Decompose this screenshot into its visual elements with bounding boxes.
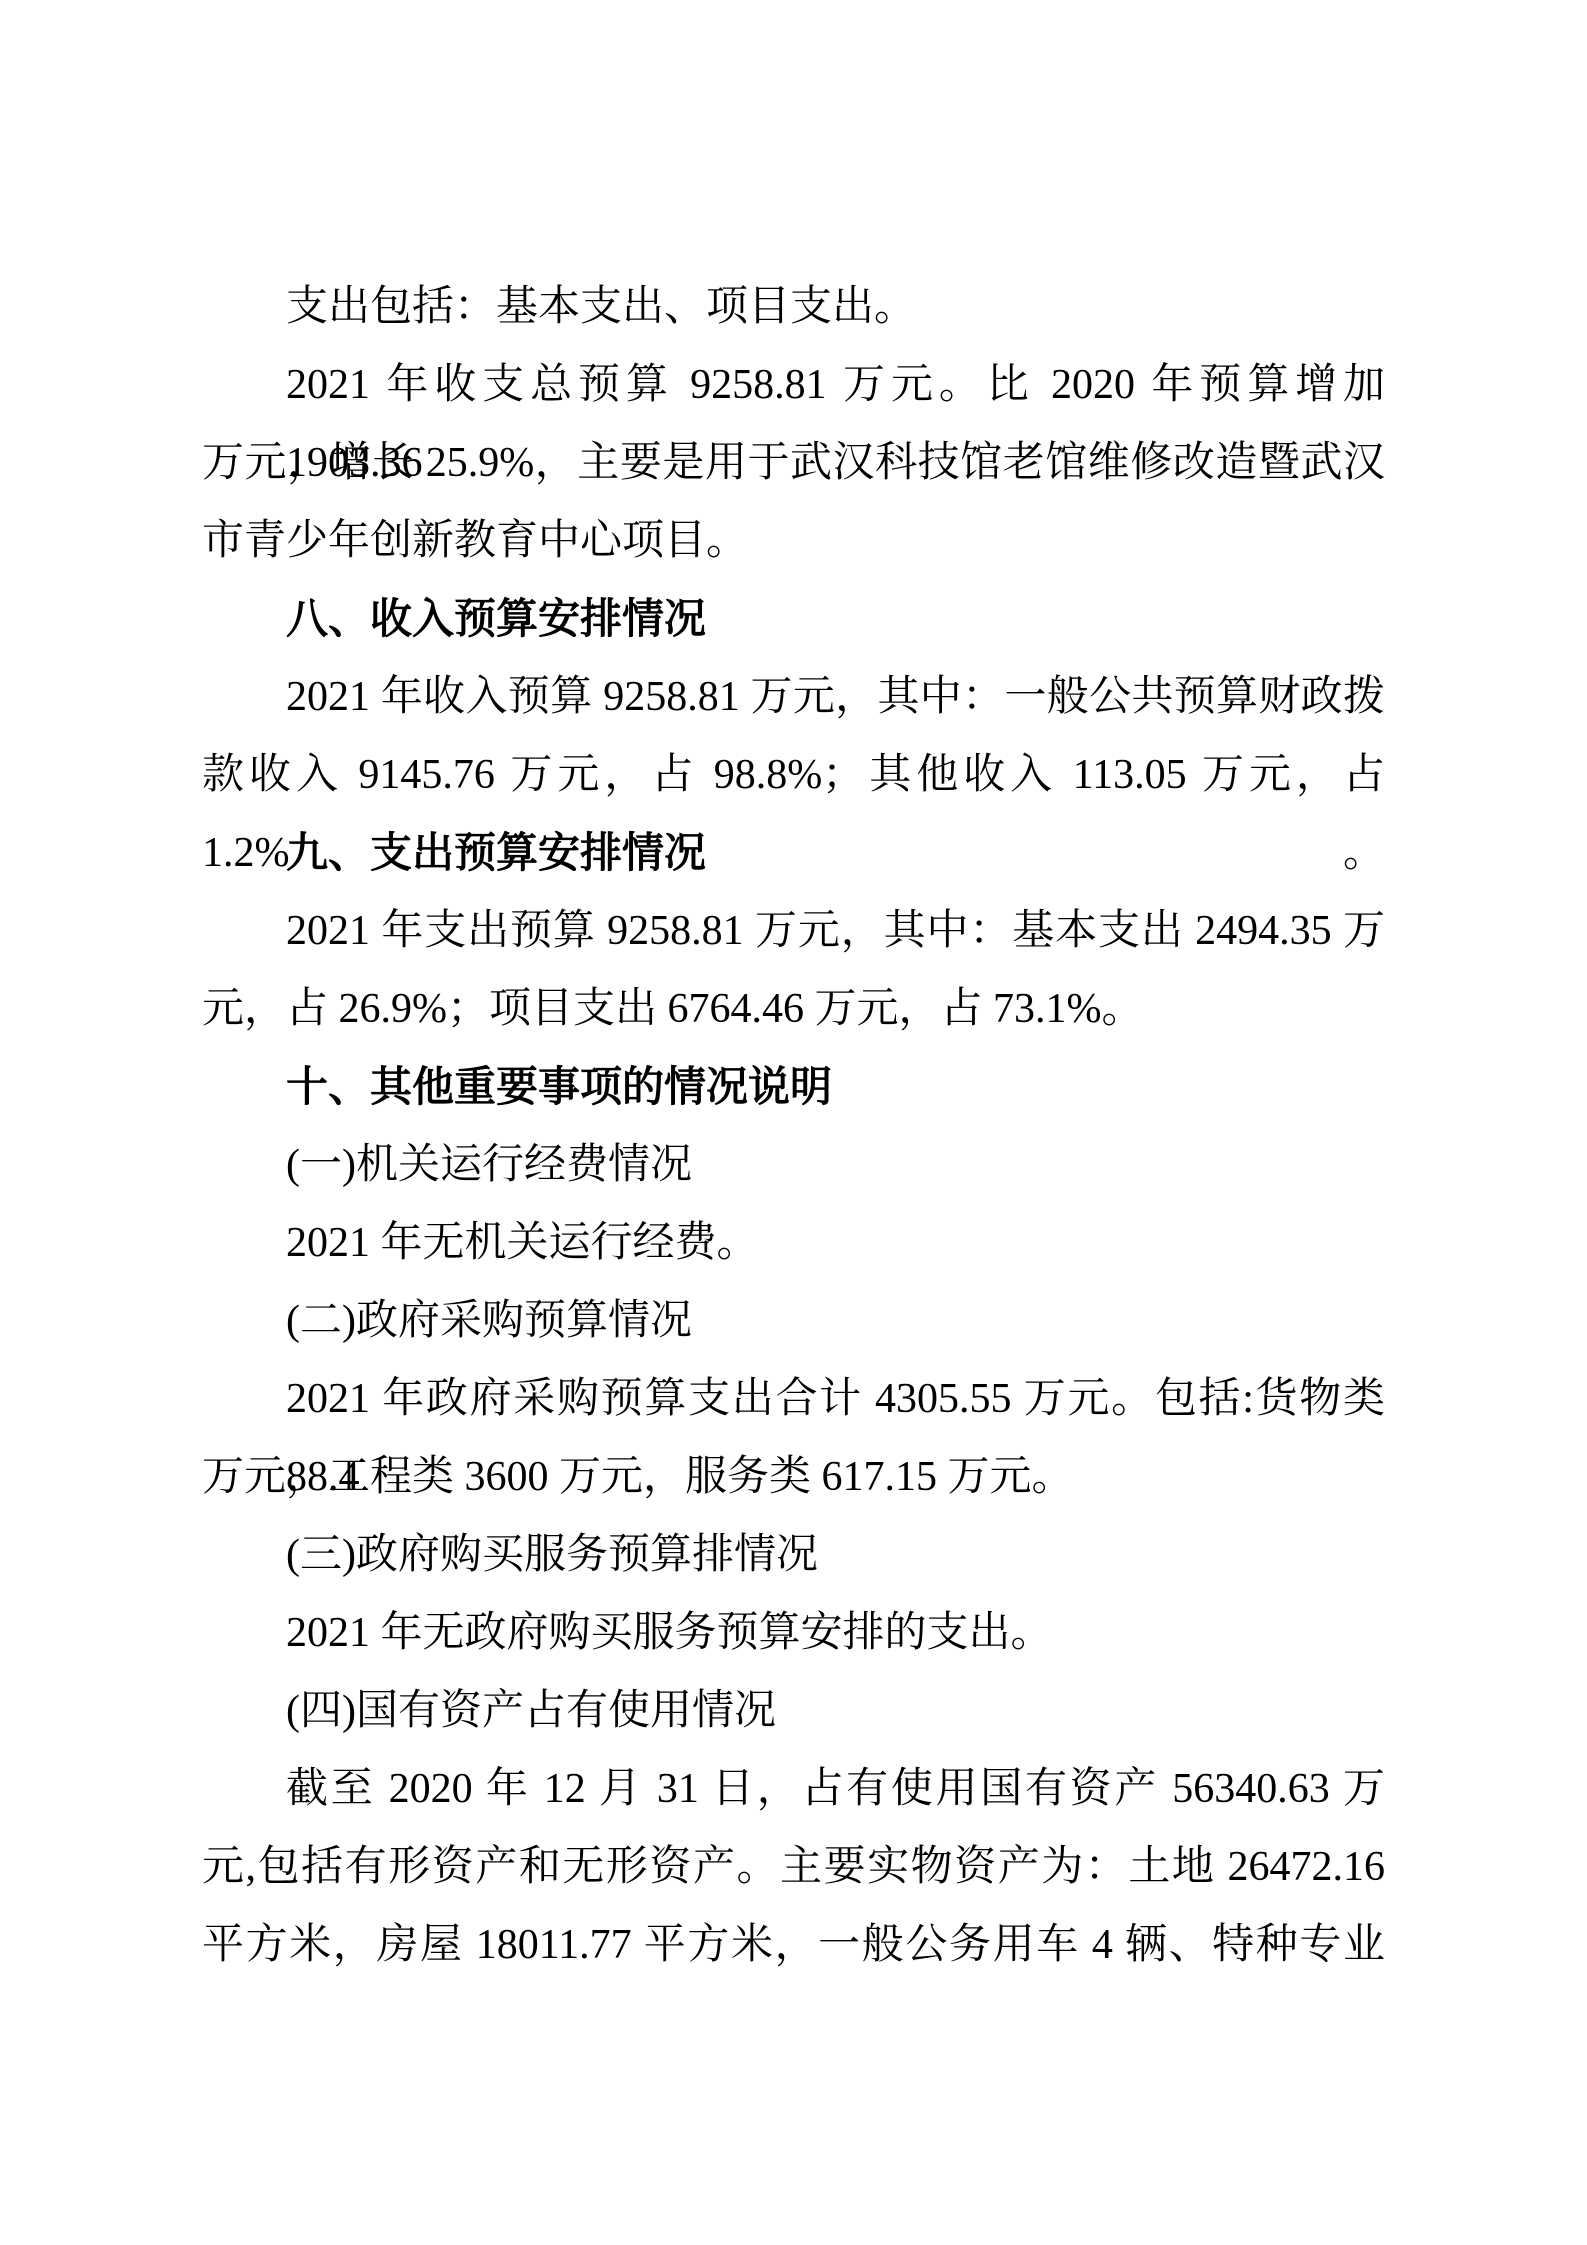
document-page: 支出包括：基本支出、项目支出。2021 年收支总预算 9258.81 万元。比 …	[0, 0, 1587, 2245]
body-line: (二)政府采购预算情况	[202, 1282, 1385, 1360]
body-line: 2021 年收支总预算 9258.81 万元。比 2020 年预算增加 1903…	[202, 346, 1385, 424]
heading-line: 八、收入预算安排情况	[202, 580, 1385, 658]
body-line: 元，占 26.9%；项目支出 6764.46 万元，占 73.1%。	[202, 970, 1385, 1048]
heading-line: 十、其他重要事项的情况说明	[202, 1048, 1385, 1126]
body-line: 2021 年无政府购买服务预算安排的支出。	[202, 1594, 1385, 1672]
body-line: 市青少年创新教育中心项目。	[202, 502, 1385, 580]
document-body: 支出包括：基本支出、项目支出。2021 年收支总预算 9258.81 万元。比 …	[202, 268, 1385, 1984]
body-line: 2021 年支出预算 9258.81 万元，其中：基本支出 2494.35 万	[202, 892, 1385, 970]
body-line: (一)机关运行经费情况	[202, 1126, 1385, 1204]
body-line: 2021 年政府采购预算支出合计 4305.55 万元。包括:货物类 88.4	[202, 1360, 1385, 1438]
body-line: 截至 2020 年 12 月 31 日，占有使用国有资产 56340.63 万	[202, 1750, 1385, 1828]
body-line: 支出包括：基本支出、项目支出。	[202, 268, 1385, 346]
body-line: (三)政府购买服务预算排情况	[202, 1516, 1385, 1594]
body-line: 2021 年无机关运行经费。	[202, 1204, 1385, 1282]
body-line: 平方米，房屋 18011.77 平方米，一般公务用车 4 辆、特种专业	[202, 1906, 1385, 1984]
body-line: (四)国有资产占有使用情况	[202, 1672, 1385, 1750]
body-line: 款收入 9145.76 万元，占 98.8%；其他收入 113.05 万元，占 …	[202, 736, 1385, 814]
body-line: 元,包括有形资产和无形资产。主要实物资产为：土地 26472.16	[202, 1828, 1385, 1906]
body-line: 万元，工程类 3600 万元，服务类 617.15 万元。	[202, 1438, 1385, 1516]
body-line: 万元，增长 25.9%，主要是用于武汉科技馆老馆维修改造暨武汉	[202, 424, 1385, 502]
body-line: 2021 年收入预算 9258.81 万元，其中：一般公共预算财政拨	[202, 658, 1385, 736]
